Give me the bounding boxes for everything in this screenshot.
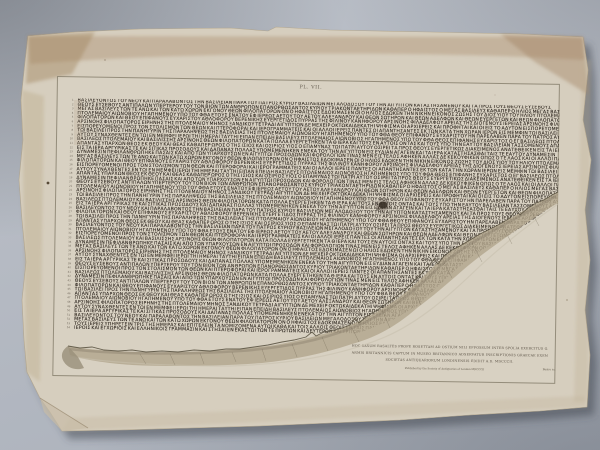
caption-lines: HOC SAXUM BASALTES PROPE ROSETTAM AD OST… [352, 343, 548, 366]
paper-stain-top [28, 36, 585, 64]
paper-speck [47, 182, 50, 185]
inscription-line-list: ΒΑΣΙΛΕΥΟΝΤΟΣ ΤΟΥ ΝΕΟΥ ΚΑΙ ΠΑΡΑΛΑΒΟΝΤΟΣ Τ… [74, 98, 560, 338]
engraver-credit: Basire sc. [505, 366, 555, 374]
foxing-dot-1 [104, 59, 106, 61]
greek-inscription-block: ΒΑΣΙΛΕΥΟΝΤΟΣ ΤΟΥ ΝΕΟΥ ΚΑΙ ΠΑΡΑΛΑΒΟΝΤΟΣ Τ… [74, 98, 560, 339]
paper-stain-right-edge [574, 60, 591, 402]
plate-number-label: PL. VII. [296, 85, 326, 90]
line-number-list: 1234567891011121314151617181920212223242… [59, 98, 74, 330]
engraved-plate: PL. VII. 1234567891011121314151617181920… [52, 76, 560, 384]
publisher-imprint: Published by the Society of Antiquaries … [389, 365, 499, 374]
paper-stain-left-edge [22, 90, 44, 382]
photograph-of-engraved-plate: PL. VII. 1234567891011121314151617181920… [0, 0, 600, 450]
line-number-column: 1234567891011121314151617181920212223242… [59, 98, 74, 331]
paper-stain-bottom-edge [62, 396, 587, 431]
line-number: 54 [59, 326, 70, 330]
paper-fold-flap [40, 398, 88, 431]
foxing-dot-3 [566, 299, 568, 301]
paper-fold-crease [40, 398, 88, 428]
